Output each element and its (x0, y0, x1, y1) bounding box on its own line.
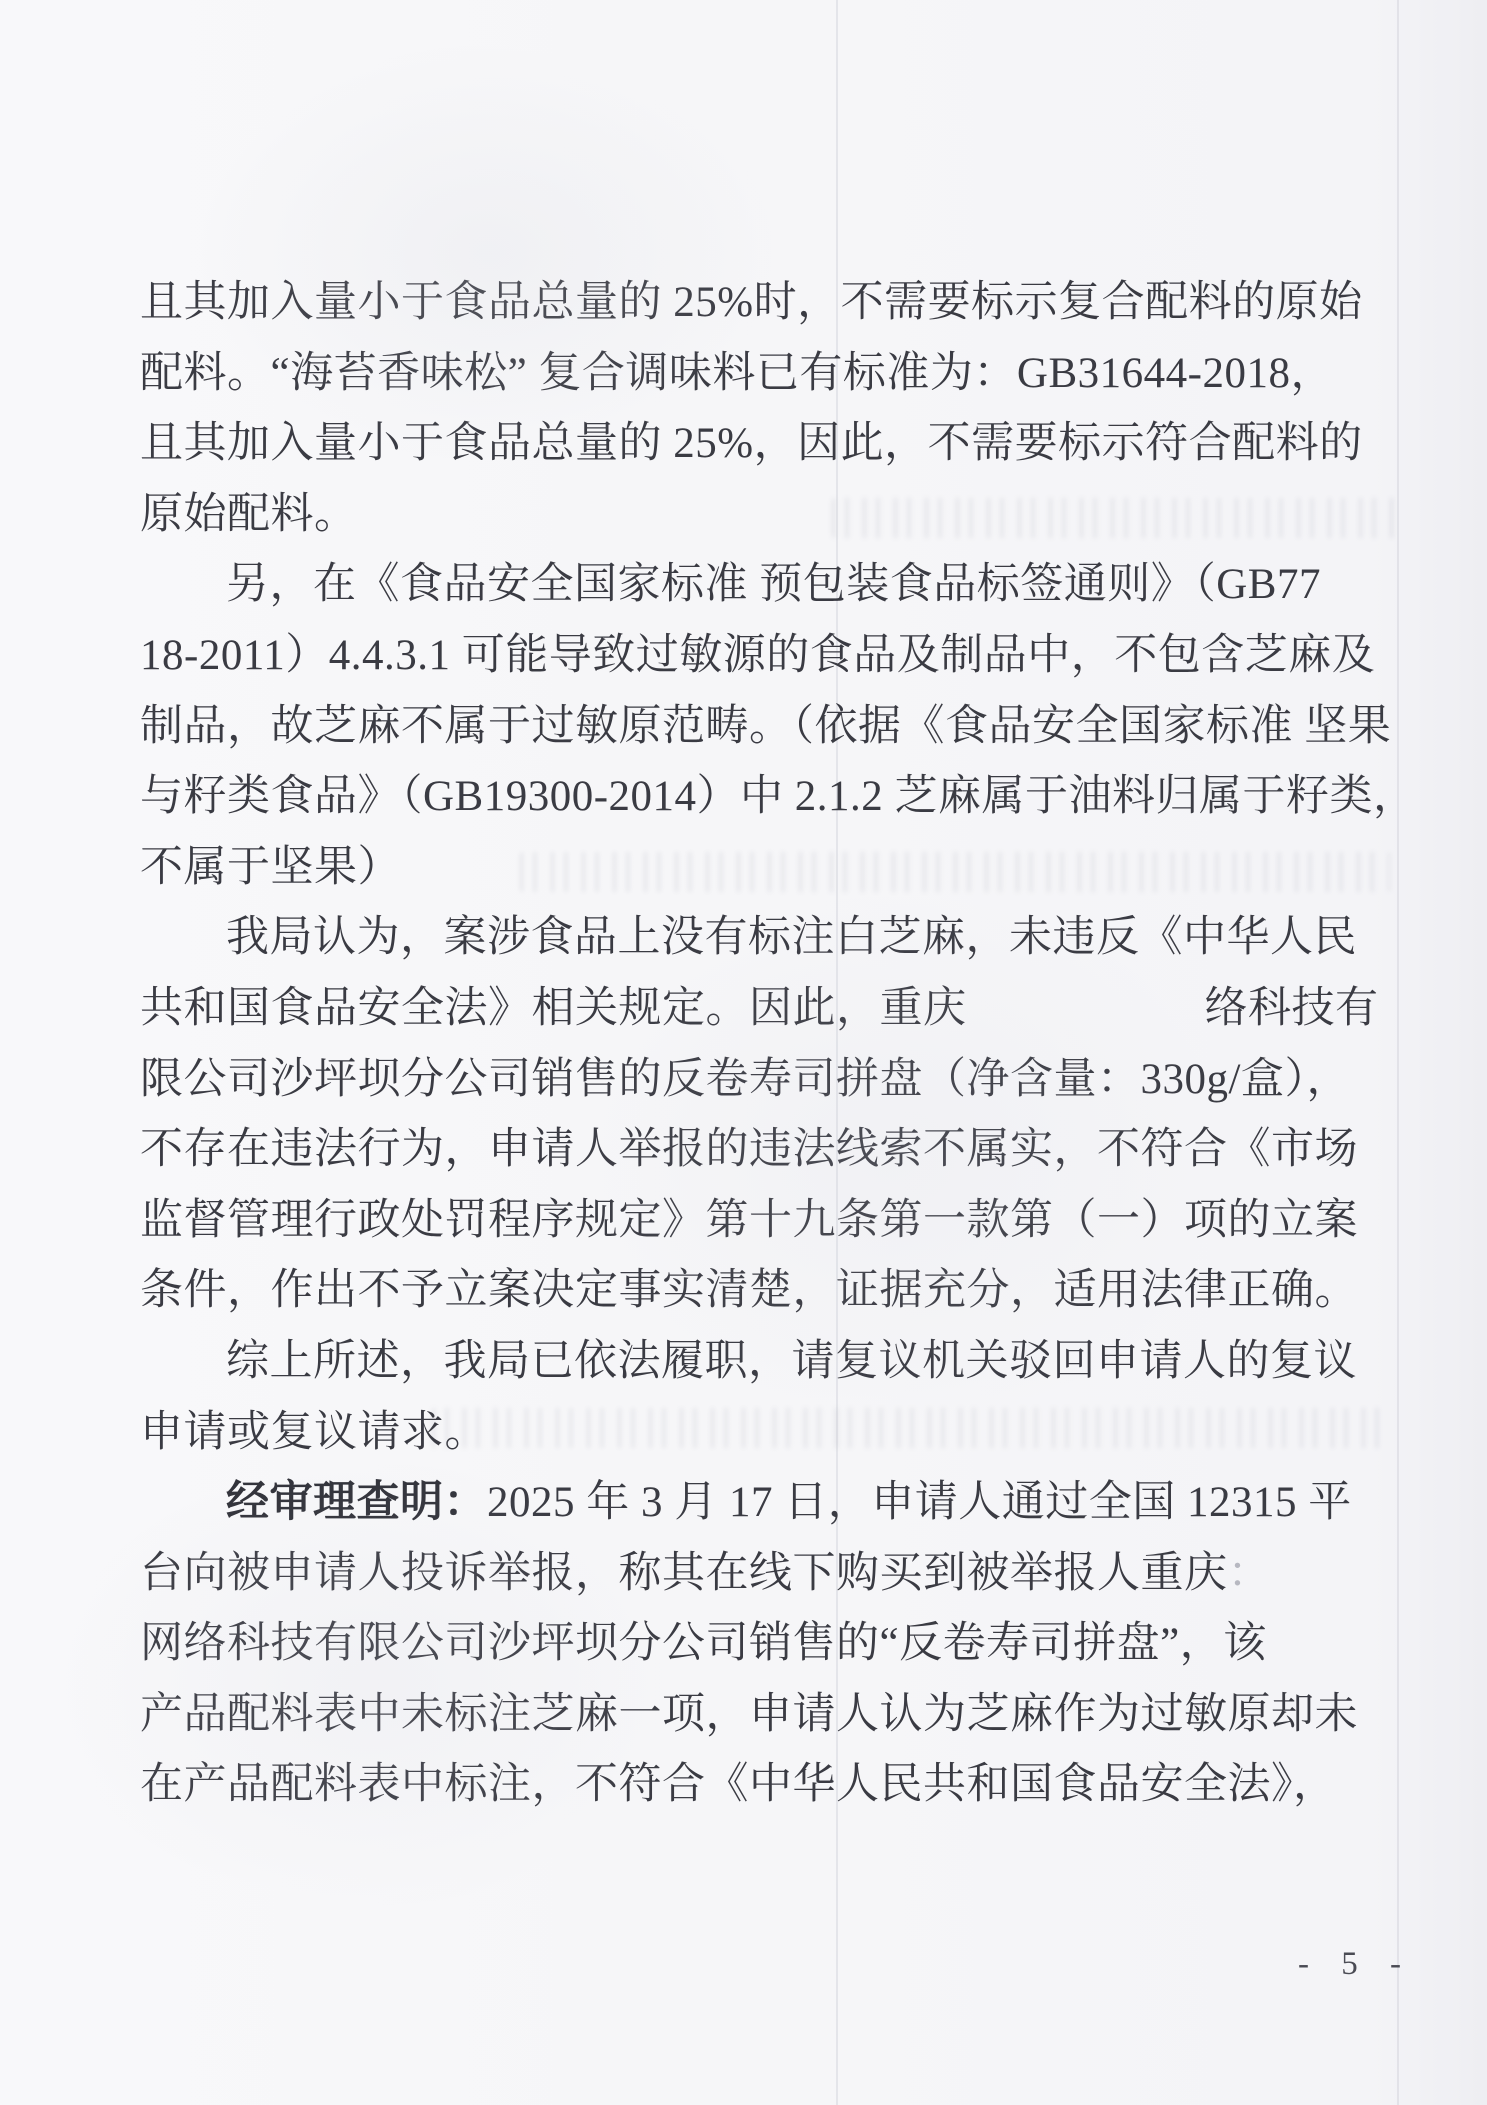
text-segment: 络科技有 (1205, 985, 1379, 1032)
text-line: 产品配料表中未标注芝麻一项，申请人认为芝麻作为过敏原却未 (140, 1680, 1396, 1751)
text-segment: 配料。“海苔香味松” 复合调味料已有标准为：GB31644-2018， (140, 350, 1334, 397)
text-line: 在产品配料表中标注，不符合《中华人民共和国食品安全法》， (140, 1750, 1396, 1821)
text-segment: 综上所述，我局已依法履职，请复议机关驳回申请人的复议 (226, 1338, 1357, 1385)
redaction-gap (967, 1021, 1205, 1022)
document-page: 且其加入量小于食品总量的 25%时，不需要标示复合配料的原始配料。“海苔香味松”… (0, 0, 1487, 2105)
text-line: 原始配料。 (140, 480, 1396, 551)
text-segment: 在产品配料表中标注，不符合《中华人民共和国食品安全法》， (140, 1761, 1337, 1808)
text-segment: 共和国食品安全法》相关规定。因此，重庆 (140, 985, 967, 1032)
text-segment: 产品配料表中未标注芝麻一项，申请人认为芝麻作为过敏原却未 (140, 1691, 1358, 1738)
text-segment: 原始配料。 (140, 491, 358, 538)
text-line: 经审理查明：2025 年 3 月 17 日，申请人通过全国 12315 平 (140, 1468, 1396, 1539)
text-line: 共和国食品安全法》相关规定。因此，重庆络科技有 (140, 974, 1396, 1045)
text-segment: 申请或复议请求。 (140, 1409, 488, 1456)
text-segment: 限公司沙坪坝分公司销售的反卷寿司拼盘（净含量：330g/盒）， (140, 1056, 1350, 1103)
text-segment: 不属于坚果） (140, 844, 401, 891)
text-segment: 监督管理行政处罚程序规定》第十九条第一款第（一）项的立案 (140, 1197, 1358, 1244)
text-line: 且其加入量小于食品总量的 25%时，不需要标示复合配料的原始 (140, 268, 1396, 339)
text-segment: 我局认为，案涉食品上没有标注白芝麻，未违反《中华人民 (226, 914, 1357, 961)
scan-streak (1397, 0, 1399, 2105)
text-line: 综上所述，我局已依法履职，请复议机关驳回申请人的复议 (140, 1327, 1396, 1398)
text-line: 另，在《食品安全国家标准 预包装食品标签通则》（GB77 (140, 550, 1396, 621)
text-line: 配料。“海苔香味松” 复合调味料已有标准为：GB31644-2018， (140, 339, 1396, 410)
document-body: 且其加入量小于食品总量的 25%时，不需要标示复合配料的原始配料。“海苔香味松”… (140, 268, 1396, 1821)
text-segment: 且其加入量小于食品总量的 25%，因此，不需要标示符合配料的 (140, 420, 1363, 467)
text-line: 申请或复议请求。 (140, 1398, 1396, 1469)
text-line: 不属于坚果） (140, 833, 1396, 904)
text-segment: 台向被申请人投诉举报，称其在线下购买到被举报人重庆 (140, 1550, 1228, 1597)
text-line: 制品，故芝麻不属于过敏原范畴。（依据《食品安全国家标准 坚果 (140, 692, 1396, 763)
text-line: 与籽类食品》（GB19300-2014）中 2.1.2 芝麻属于油料归属于籽类， (140, 762, 1396, 833)
text-line: 18-2011）4.4.3.1 可能导致过敏源的食品及制品中，不包含芝麻及 (140, 621, 1396, 692)
text-segment: 不存在违法行为，申请人举报的违法线索不属实，不符合《市场 (140, 1126, 1358, 1173)
text-line: 不存在违法行为，申请人举报的违法线索不属实，不符合《市场 (140, 1115, 1396, 1186)
page-number: - 5 - (1298, 1946, 1413, 1983)
text-segment: 2025 年 3 月 17 日，申请人通过全国 12315 平 (487, 1479, 1352, 1526)
text-line: 我局认为，案涉食品上没有标注白芝麻，未违反《中华人民 (140, 903, 1396, 974)
text-segment: 条件，作出不予立案决定事实清楚，证据充分，适用法律正确。 (140, 1267, 1358, 1314)
text-segment: 18-2011）4.4.3.1 可能导致过敏源的食品及制品中，不包含芝麻及 (140, 632, 1375, 679)
emphasis-text: 经审理查明： (226, 1479, 487, 1526)
text-line: 限公司沙坪坝分公司销售的反卷寿司拼盘（净含量：330g/盒）， (140, 1045, 1396, 1116)
text-segment: 且其加入量小于食品总量的 25%时，不需要标示复合配料的原始 (140, 279, 1363, 326)
text-line: 台向被申请人投诉举报，称其在线下购买到被举报人重庆： (140, 1539, 1396, 1610)
text-line: 且其加入量小于食品总量的 25%，因此，不需要标示符合配料的 (140, 409, 1396, 480)
text-line: 条件，作出不予立案决定事实清楚，证据充分，适用法律正确。 (140, 1256, 1396, 1327)
text-segment: 制品，故芝麻不属于过敏原范畴。（依据《食品安全国家标准 坚果 (140, 703, 1391, 750)
text-segment: 另，在《食品安全国家标准 预包装食品标签通则》（GB77 (226, 561, 1321, 608)
text-line: 网络科技有限公司沙坪坝分公司销售的“反卷寿司拼盘”，该 (140, 1609, 1396, 1680)
text-segment: ： (1228, 1550, 1272, 1597)
text-segment: 与籽类食品》（GB19300-2014）中 2.1.2 芝麻属于油料归属于籽类， (140, 773, 1417, 820)
text-segment: 网络科技有限公司沙坪坝分公司销售的“反卷寿司拼盘”，该 (140, 1620, 1267, 1667)
text-line: 监督管理行政处罚程序规定》第十九条第一款第（一）项的立案 (140, 1186, 1396, 1257)
